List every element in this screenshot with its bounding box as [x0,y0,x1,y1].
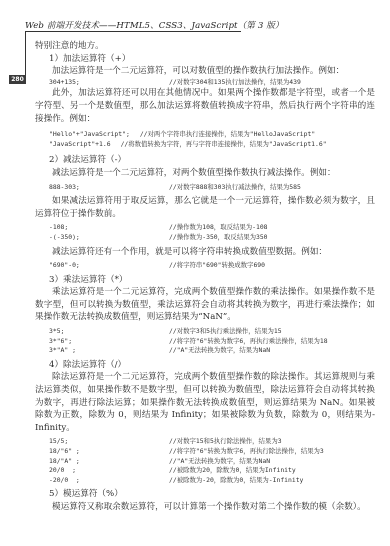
code-comment: //被除数为-20，除数为0，结果为-Infinity [169,476,303,486]
section-heading-multiplication: 3）乘法运算符（*） [35,274,375,287]
code-statement: 3*5; [49,327,169,337]
code-statement: 3*"A" ; [49,346,169,356]
code-statement: 18/"6" ; [49,447,169,457]
page-body: 特别注意的地方。 1）加法运算符（+） 加法运算符是一个二元运算符，可以对数值型… [35,40,375,514]
code-comment: //对两个字符串执行连接操作，结果为"HelloJavaScript" [140,130,315,140]
code-comment: //将字符"6"转换为数字6，再执行除法操作，结果为3 [169,447,324,457]
code-comment: //"A"无法转换为数字，结果为NaN [169,457,270,467]
code-comment: //对数字304和135执行加法操作，结果为439 [169,78,301,88]
code-comment: //操作数为-350，取反结果为350 [169,233,268,243]
code-line: "JavaScript"+1.6 //将数值转换为字符，再与字符串连接操作，结果… [35,140,375,150]
code-comment: //操作数为108，取反结果为-108 [169,223,268,233]
code-statement: -20/0 ; [49,476,169,486]
code-comment: //对数字3和5执行乘法操作，结果为15 [169,327,282,337]
code-comment: //"A"无法转换为数字，结果为NaN [169,346,270,356]
code-line: -(-350); //操作数为-350，取反结果为350 [35,233,375,243]
page-number: 280 [9,75,26,84]
code-statement: -108; [49,223,169,233]
paragraph: 乘法运算符是一个二元运算符，完成两个数值型操作数的乘法操作。如果操作数不是数字型… [35,286,375,324]
paragraph: 模运算符又称取余数运算符，可以计算第一个操作数对第二个操作数的模（余数）。 [35,501,375,514]
code-comment: //对数字888和303执行减法操作，结果为585 [169,183,301,193]
code-comment: //将字符串"690"转换成数字690 [169,261,265,271]
code-statement: -(-350); [49,233,169,243]
running-head: Web 前端开发技术——HTML5、CSS3、JavaScript（第 3 版） [25,19,284,31]
paragraph: 加法运算符是一个二元运算符，可以对数值型的操作数执行加法操作。例如： [35,65,375,78]
code-comment: //将数值转换为字符，再与字符串连接操作，结果为"JavaScript1.6" [121,140,327,150]
code-statement: "690"-0; [49,261,169,271]
paragraph: 此外，加法运算符还可以用在其他情况中。如果两个操作数都是字符型，或者一个是字符型… [35,87,375,125]
margin-rule [25,31,26,75]
code-comment: //对数字15和5执行除法操作，结果为3 [169,437,282,447]
paragraph: 减法运算符还有一个作用，就是可以将字符串转换成数值型数据。例如： [35,246,375,259]
code-statement: 304+135; [49,78,169,88]
code-comment: //将字符"6"转换为数字6，再执行乘法操作，结果为18 [169,337,328,347]
code-line: 3*"6"; //将字符"6"转换为数字6，再执行乘法操作，结果为18 [35,337,375,347]
code-statement: "JavaScript"+1.6 [49,140,111,150]
code-line: 20/0 ; //被除数为20，除数为0，结果为Infinity [35,466,375,476]
code-statement: "Hello"+"JavaScript"; [49,130,130,140]
code-line: "Hello"+"JavaScript"; //对两个字符串执行连接操作，结果为… [35,130,375,140]
code-statement: 20/0 ; [49,466,169,476]
paragraph: 如果减法运算符用于取反运算，那么它就是一个一元运算符，操作数必须为数字，且运算符… [35,195,375,220]
code-line: 3*5; //对数字3和5执行乘法操作，结果为15 [35,327,375,337]
code-line: "690"-0; //将字符串"690"转换成数字690 [35,261,375,271]
code-line: 18/"A" ; //"A"无法转换为数字，结果为NaN [35,457,375,467]
code-statement: 15/5; [49,437,169,447]
header-rule [25,31,241,32]
code-statement: 888-303; [49,183,169,193]
paragraph: 除法运算符是一个二元运算符，完成两个数值型操作数的除法操作。其运算规则与乘法运算… [35,371,375,434]
code-line: 3*"A" ; //"A"无法转换为数字，结果为NaN [35,346,375,356]
code-line: 18/"6" ; //将字符"6"转换为数字6，再执行除法操作，结果为3 [35,447,375,457]
code-line: -20/0 ; //被除数为-20，除数为0，结果为-Infinity [35,476,375,486]
intro-tail: 特别注意的地方。 [35,40,375,53]
code-line: -108; //操作数为108，取反结果为-108 [35,223,375,233]
section-heading-division: 4）除法运算符（/） [35,359,375,372]
section-heading-subtraction: 2）减法运算符（-） [35,154,375,167]
code-statement: 3*"6"; [49,337,169,347]
paragraph: 减法运算符是一个二元运算符，对两个数值型操作数执行减法操作。例如： [35,167,375,180]
section-heading-modulus: 5）模运算符（%） [35,488,375,501]
code-line: 888-303; //对数字888和303执行减法操作，结果为585 [35,183,375,193]
code-line: 15/5; //对数字15和5执行除法操作，结果为3 [35,437,375,447]
code-line: 304+135; //对数字304和135执行加法操作，结果为439 [35,78,375,88]
code-statement: 18/"A" ; [49,457,169,467]
section-heading-addition: 1）加法运算符（+） [35,53,375,66]
code-comment: //被除数为20，除数为0，结果为Infinity [169,466,296,476]
